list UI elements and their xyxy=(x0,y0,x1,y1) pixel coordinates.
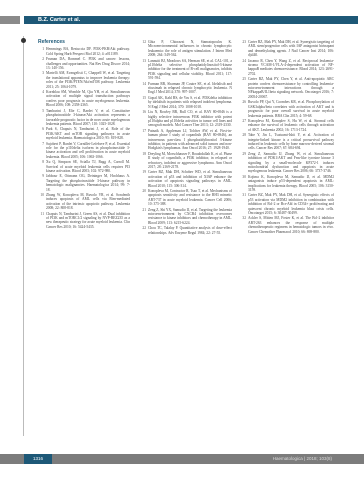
reference-number: 27 xyxy=(240,119,246,132)
reference-text: Lannutti BJ, Meadows SA, Herman SE, et a… xyxy=(148,59,232,81)
reference-text: Chou TC, Talalay P. Quantitative analysi… xyxy=(148,226,232,235)
reference-item: 6Park S, Chapuis N, Tamburini J, et al. … xyxy=(38,127,130,140)
reference-item: 25Carter BZ, Mak PY, Chen Y, et al. Anti… xyxy=(240,77,334,99)
reference-number: 32 xyxy=(240,216,246,234)
reference-item: 7Sujobert P, Bardet V, Cornillet-Lefebvr… xyxy=(38,142,130,160)
reference-item: 32Ackler S, Mitten MJ, Foster K, et al. … xyxy=(240,216,334,234)
reference-text: Martelli AM, Evangelisti C, Chappell W, … xyxy=(46,71,130,89)
reference-number: 6 xyxy=(38,127,44,140)
reference-text: Carter BZ, Mak PY, Mak DH, et al. Synerg… xyxy=(248,193,334,215)
page-number: 1316 xyxy=(24,454,52,464)
reference-number: 18 xyxy=(140,152,146,170)
reference-number: 24 xyxy=(240,59,246,77)
reference-number: 29 xyxy=(240,152,246,174)
reference-item: 17Patnaik A, Appleman LJ, Tolcher AW, et… xyxy=(140,129,232,151)
reference-number: 30 xyxy=(240,175,246,193)
reference-number: 19 xyxy=(140,170,146,188)
reference-item: 9Jabbour E, Ottmann OG, Deininger M, Hoc… xyxy=(38,174,130,192)
reference-number: 3 xyxy=(38,71,44,89)
reference-text: Carter BZ, Mak PY, Mak DH, et al. Synerg… xyxy=(248,40,334,58)
reference-text: Kornblau SM, Womble M, Qiu YH, et al. Si… xyxy=(46,90,130,108)
reference-number: 15 xyxy=(140,96,146,109)
reference-text: Zhang W, Konopleva M, Ruvolo VR, et al. … xyxy=(46,193,130,211)
reference-item: 4Kornblau SM, Womble M, Qiu YH, et al. S… xyxy=(38,90,130,108)
section-heading: References xyxy=(38,40,130,44)
reference-text: Hemmings BA, Restuccia DF. PI3K-PKB/Akt … xyxy=(46,47,130,56)
reference-number: 8 xyxy=(38,160,44,173)
running-title: B.Z. Carter et al. xyxy=(38,16,80,24)
reference-text: Jabbour E, Ottmann OG, Deininger M, Hoch… xyxy=(46,174,130,192)
reference-text: Ghia P, Chiorazzi N, Stamatopoulos K. Mi… xyxy=(148,40,232,58)
reference-number: 14 xyxy=(140,82,146,95)
reference-text: Konopleva M, Konoplev S, Hu W, et al. St… xyxy=(248,119,334,132)
reference-item: 14Furman RR, Sharman JP, Coutre SE, et a… xyxy=(140,82,232,95)
header-accent-bar xyxy=(0,16,20,24)
reference-item: 2Fruman DA, Rommel C. PI3K and cancer: l… xyxy=(38,57,130,70)
reference-number: 2 xyxy=(38,57,44,70)
reference-text: Carter BZ, Mak PY, Chen Y, et al. Anti-a… xyxy=(248,77,334,99)
reference-number: 13 xyxy=(140,59,146,81)
reference-text: Zeng Z, Shi YX, Samudio IJ, et al. Targe… xyxy=(148,208,232,226)
reference-text: Sujobert P, Bardet V, Cornillet-Lefebvre… xyxy=(46,142,130,160)
reference-item: 21Zeng Z, Shi YX, Samudio IJ, et al. Tar… xyxy=(140,208,232,226)
reference-text: Tamburini J, Elie C, Bardet V, et al. Co… xyxy=(46,109,130,127)
reference-text: Jacamo R, Chen Y, Wang Z, et al. Recipro… xyxy=(248,59,334,77)
reference-text: Konopleva M, Contractor R, Tsao T, et al… xyxy=(148,189,232,207)
reference-number: 20 xyxy=(140,189,146,207)
reference-text: Carter BZ, Mak DH, Schober WD, et al. Si… xyxy=(148,170,232,188)
reference-number: 5 xyxy=(38,109,44,127)
reference-item: 22Chou TC, Talalay P. Quantitative analy… xyxy=(140,226,232,235)
reference-item: 31Carter BZ, Mak PY, Mak DH, et al. Syne… xyxy=(240,193,334,215)
reference-text: Dreyling M, Morschhauser F, Bouabdallah … xyxy=(148,152,232,170)
reference-number: 1 xyxy=(38,47,44,56)
reference-text: Zeng Z, Samudio IJ, Zhang W, et al. Simu… xyxy=(248,152,334,174)
reference-item: 24Jacamo R, Chen Y, Wang Z, et al. Recip… xyxy=(240,59,334,77)
reference-item: 28Tabe Y, Jin L, Tsutsumi-Ishii Y, et al… xyxy=(240,133,334,151)
reference-number: 10 xyxy=(38,193,44,211)
reference-item: 13Lannutti BJ, Meadows SA, Herman SE, et… xyxy=(140,59,232,81)
reference-number: 23 xyxy=(240,40,246,58)
reference-text: Park S, Chapuis N, Tamburini J, et al. R… xyxy=(46,127,130,140)
reference-item: 26Ruvolo PP, Qui Y, Coombes KR, et al. P… xyxy=(240,100,334,118)
reference-number: 17 xyxy=(140,129,146,151)
references-column-3: 23Carter BZ, Mak PY, Mak DH, et al. Syne… xyxy=(240,40,334,235)
reference-number: 31 xyxy=(240,193,246,215)
reference-number: 9 xyxy=(38,174,44,192)
reference-item: 18Dreyling M, Morschhauser F, Bouabdalla… xyxy=(140,152,232,170)
reference-number: 7 xyxy=(38,142,44,160)
reference-item: 3Martelli AM, Evangelisti C, Chappell W,… xyxy=(38,71,130,89)
reference-number: 16 xyxy=(140,110,146,128)
reference-text: Kojima K, Konopleva M, Samudio IJ, et al… xyxy=(248,175,334,193)
reference-text: Fruman DA, Rommel C. PI3K and cancer: le… xyxy=(46,57,130,70)
reference-text: Tabe Y, Jin L, Tsutsumi-Ishii Y, et al. … xyxy=(248,133,334,151)
references-column-1: References 1Hemmings BA, Restuccia DF. P… xyxy=(38,40,130,230)
margin-rule xyxy=(23,36,24,436)
reference-number: 22 xyxy=(140,226,146,235)
reference-item: 8Xu Q, Simpson SE, Scialla TJ, Bagg A, C… xyxy=(38,160,130,173)
reference-item: 11Chapuis N, Tamburini J, Green AS, et a… xyxy=(38,212,130,230)
reference-text: Ackler S, Mitten MJ, Foster K, et al. Th… xyxy=(248,216,334,234)
reference-number: 4 xyxy=(38,90,44,108)
reference-text: Furman RR, Sharman JP, Coutre SE, et al.… xyxy=(148,82,232,95)
margin-dot-icon xyxy=(21,38,26,43)
reference-number: 21 xyxy=(140,208,146,226)
reference-item: 20Konopleva M, Contractor R, Tsao T, et … xyxy=(140,189,232,207)
reference-item: 23Carter BZ, Mak PY, Mak DH, et al. Syne… xyxy=(240,40,334,58)
reference-number: 11 xyxy=(38,212,44,230)
reference-item: 12Ghia P, Chiorazzi N, Stamatopoulos K. … xyxy=(140,40,232,58)
references-column-2: 12Ghia P, Chiorazzi N, Stamatopoulos K. … xyxy=(140,40,232,236)
header-bar: B.Z. Carter et al. xyxy=(24,16,358,24)
reference-item: 10Zhang W, Konopleva M, Ruvolo VR, et al… xyxy=(38,193,130,211)
reference-item: 15Gopal AK, Kahl BS, de Vos S, et al. PI… xyxy=(140,96,232,109)
reference-text: Xu Q, Simpson SE, Scialla TJ, Bagg A, Ca… xyxy=(46,160,130,173)
reference-text: Liu N, Rowley BR, Bull CO, et al. BAY 80… xyxy=(148,110,232,128)
reference-item: 19Carter BZ, Mak DH, Schober WD, et al. … xyxy=(140,170,232,188)
reference-number: 25 xyxy=(240,77,246,99)
reference-item: 16Liu N, Rowley BR, Bull CO, et al. BAY … xyxy=(140,110,232,128)
reference-text: Chapuis N, Tamburini J, Green AS, et al.… xyxy=(46,212,130,230)
reference-item: 29Zeng Z, Samudio IJ, Zhang W, et al. Si… xyxy=(240,152,334,174)
journal-citation: Haematologica | 2018; 103(8) xyxy=(273,454,332,464)
reference-number: 12 xyxy=(140,40,146,58)
reference-number: 28 xyxy=(240,133,246,151)
reference-item: 27Konopleva M, Konoplev S, Hu W, et al. … xyxy=(240,119,334,132)
reference-number: 26 xyxy=(240,100,246,118)
reference-item: 30Kojima K, Konopleva M, Samudio IJ, et … xyxy=(240,175,334,193)
reference-item: 1Hemmings BA, Restuccia DF. PI3K-PKB/Akt… xyxy=(38,47,130,56)
reference-text: Patnaik A, Appleman LJ, Tolcher AW, et a… xyxy=(148,129,232,151)
reference-text: Gopal AK, Kahl BS, de Vos S, et al. PI3K… xyxy=(148,96,232,109)
reference-item: 5Tamburini J, Elie C, Bardet V, et al. C… xyxy=(38,109,130,127)
reference-text: Ruvolo PP, Qui Y, Coombes KR, et al. Pho… xyxy=(248,100,334,118)
